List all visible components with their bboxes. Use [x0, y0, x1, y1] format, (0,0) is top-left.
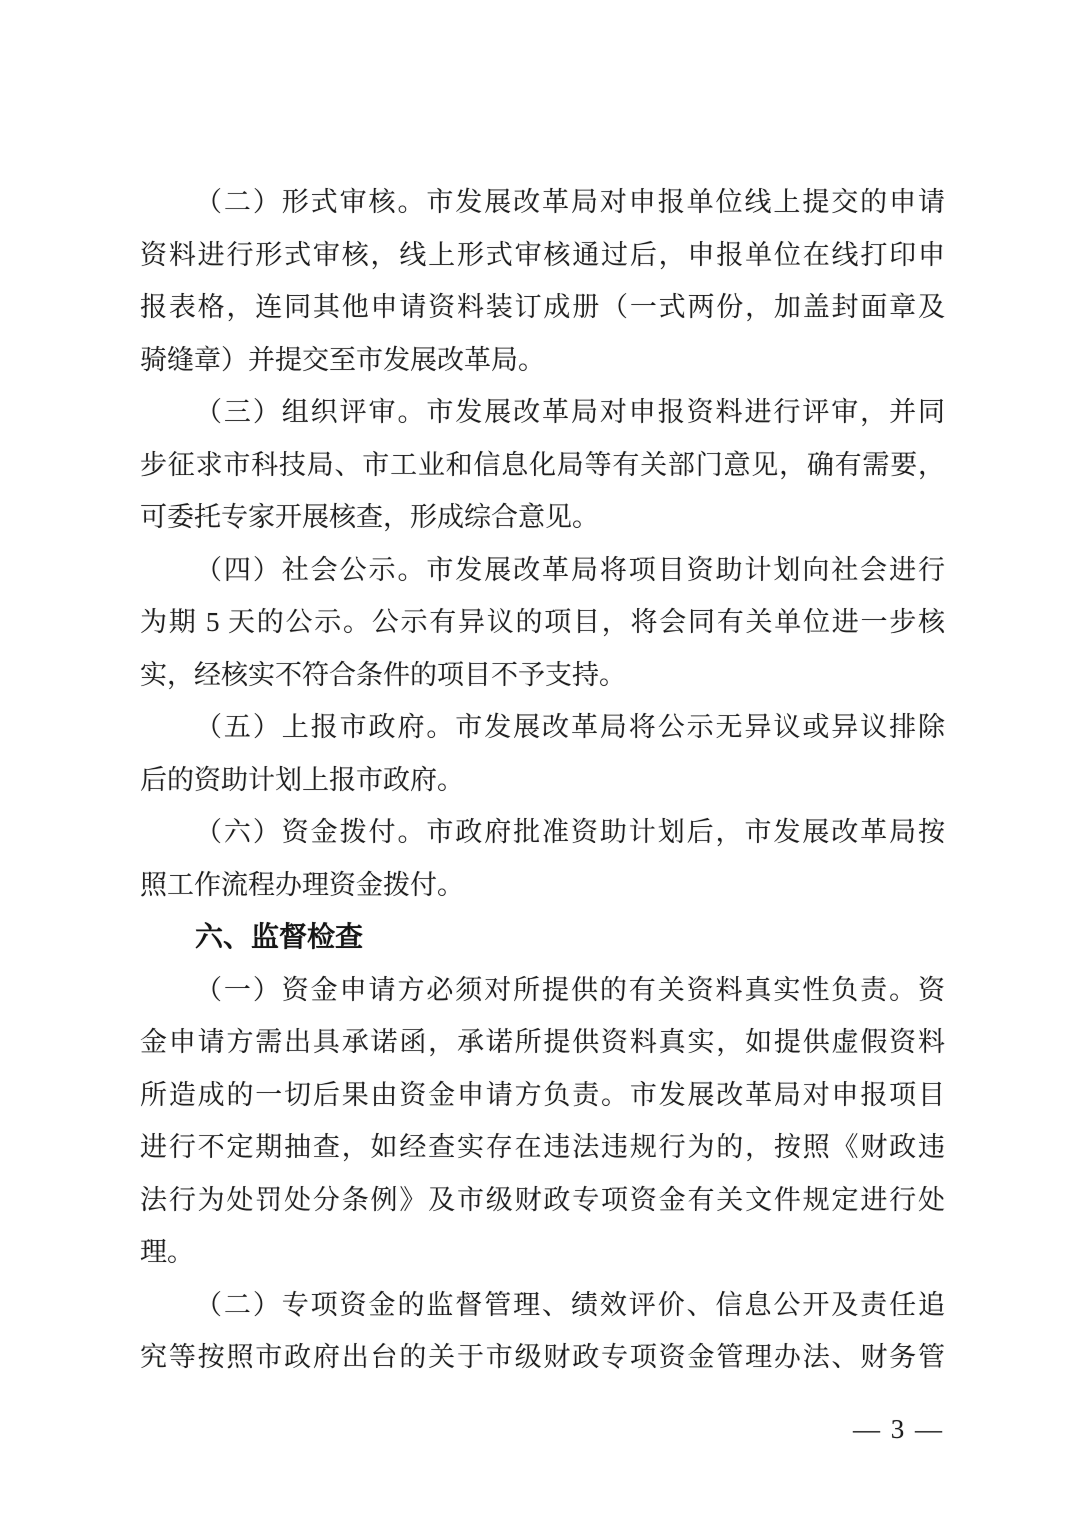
text-line: 后的资助计划上报市政府。: [140, 754, 945, 807]
text-line: （二）专项资金的监督管理、绩效评价、信息公开及责任追: [140, 1279, 945, 1332]
paragraph: （六）资金拨付。市政府批准资助计划后，市发展改革局按 照工作流程办理资金拨付。: [140, 806, 945, 911]
text-line: 法行为处罚处分条例》及市级财政专项资金有关文件规定进行处: [140, 1174, 945, 1227]
text-line: 金申请方需出具承诺函，承诺所提供资料真实，如提供虚假资料: [140, 1016, 945, 1069]
text-line: 究等按照市政府出台的关于市级财政专项资金管理办法、财务管: [140, 1331, 945, 1384]
text-line: （三）组织评审。市发展改革局对申报资料进行评审，并同: [140, 386, 945, 439]
text-line: 实，经核实不符合条件的项目不予支持。: [140, 649, 945, 702]
paragraph: （一）资金申请方必须对所提供的有关资料真实性负责。资 金申请方需出具承诺函，承诺…: [140, 964, 945, 1279]
paragraph: （四）社会公示。市发展改革局将项目资助计划向社会进行 为期 5 天的公示。公示有…: [140, 544, 945, 702]
text-line: 所造成的一切后果由资金申请方负责。市发展改革局对申报项目: [140, 1069, 945, 1122]
text-line: （四）社会公示。市发展改革局将项目资助计划向社会进行: [140, 544, 945, 597]
text-line: 理。: [140, 1226, 945, 1279]
document-page: （二）形式审核。市发展改革局对申报单位线上提交的申请 资料进行形式审核，线上形式…: [0, 0, 1080, 1527]
text-line: 为期 5 天的公示。公示有异议的项目，将会同有关单位进一步核: [140, 596, 945, 649]
document-body: （二）形式审核。市发展改革局对申报单位线上提交的申请 资料进行形式审核，线上形式…: [140, 176, 945, 1384]
text-line: 进行不定期抽查，如经查实存在违法违规行为的，按照《财政违: [140, 1121, 945, 1174]
text-line: 资料进行形式审核，线上形式审核通过后，申报单位在线打印申: [140, 229, 945, 282]
text-line: 步征求市科技局、市工业和信息化局等有关部门意见，确有需要，: [140, 439, 945, 492]
text-line: （六）资金拨付。市政府批准资助计划后，市发展改革局按: [140, 806, 945, 859]
text-line: 报表格，连同其他申请资料装订成册（一式两份，加盖封面章及: [140, 281, 945, 334]
text-line: 照工作流程办理资金拨付。: [140, 859, 945, 912]
text-line: 骑缝章）并提交至市发展改革局。: [140, 334, 945, 387]
page-number: — 3 —: [853, 1409, 944, 1449]
text-line: 可委托专家开展核查，形成综合意见。: [140, 491, 945, 544]
paragraph: （五）上报市政府。市发展改革局将公示无异议或异议排除 后的资助计划上报市政府。: [140, 701, 945, 806]
paragraph: （二）形式审核。市发展改革局对申报单位线上提交的申请 资料进行形式审核，线上形式…: [140, 176, 945, 386]
text-line: （五）上报市政府。市发展改革局将公示无异议或异议排除: [140, 701, 945, 754]
text-line: （二）形式审核。市发展改革局对申报单位线上提交的申请: [140, 176, 945, 229]
text-line: （一）资金申请方必须对所提供的有关资料真实性负责。资: [140, 964, 945, 1017]
paragraph: （三）组织评审。市发展改革局对申报资料进行评审，并同 步征求市科技局、市工业和信…: [140, 386, 945, 544]
paragraph: （二）专项资金的监督管理、绩效评价、信息公开及责任追 究等按照市政府出台的关于市…: [140, 1279, 945, 1384]
section-heading: 六、监督检查: [140, 911, 945, 964]
